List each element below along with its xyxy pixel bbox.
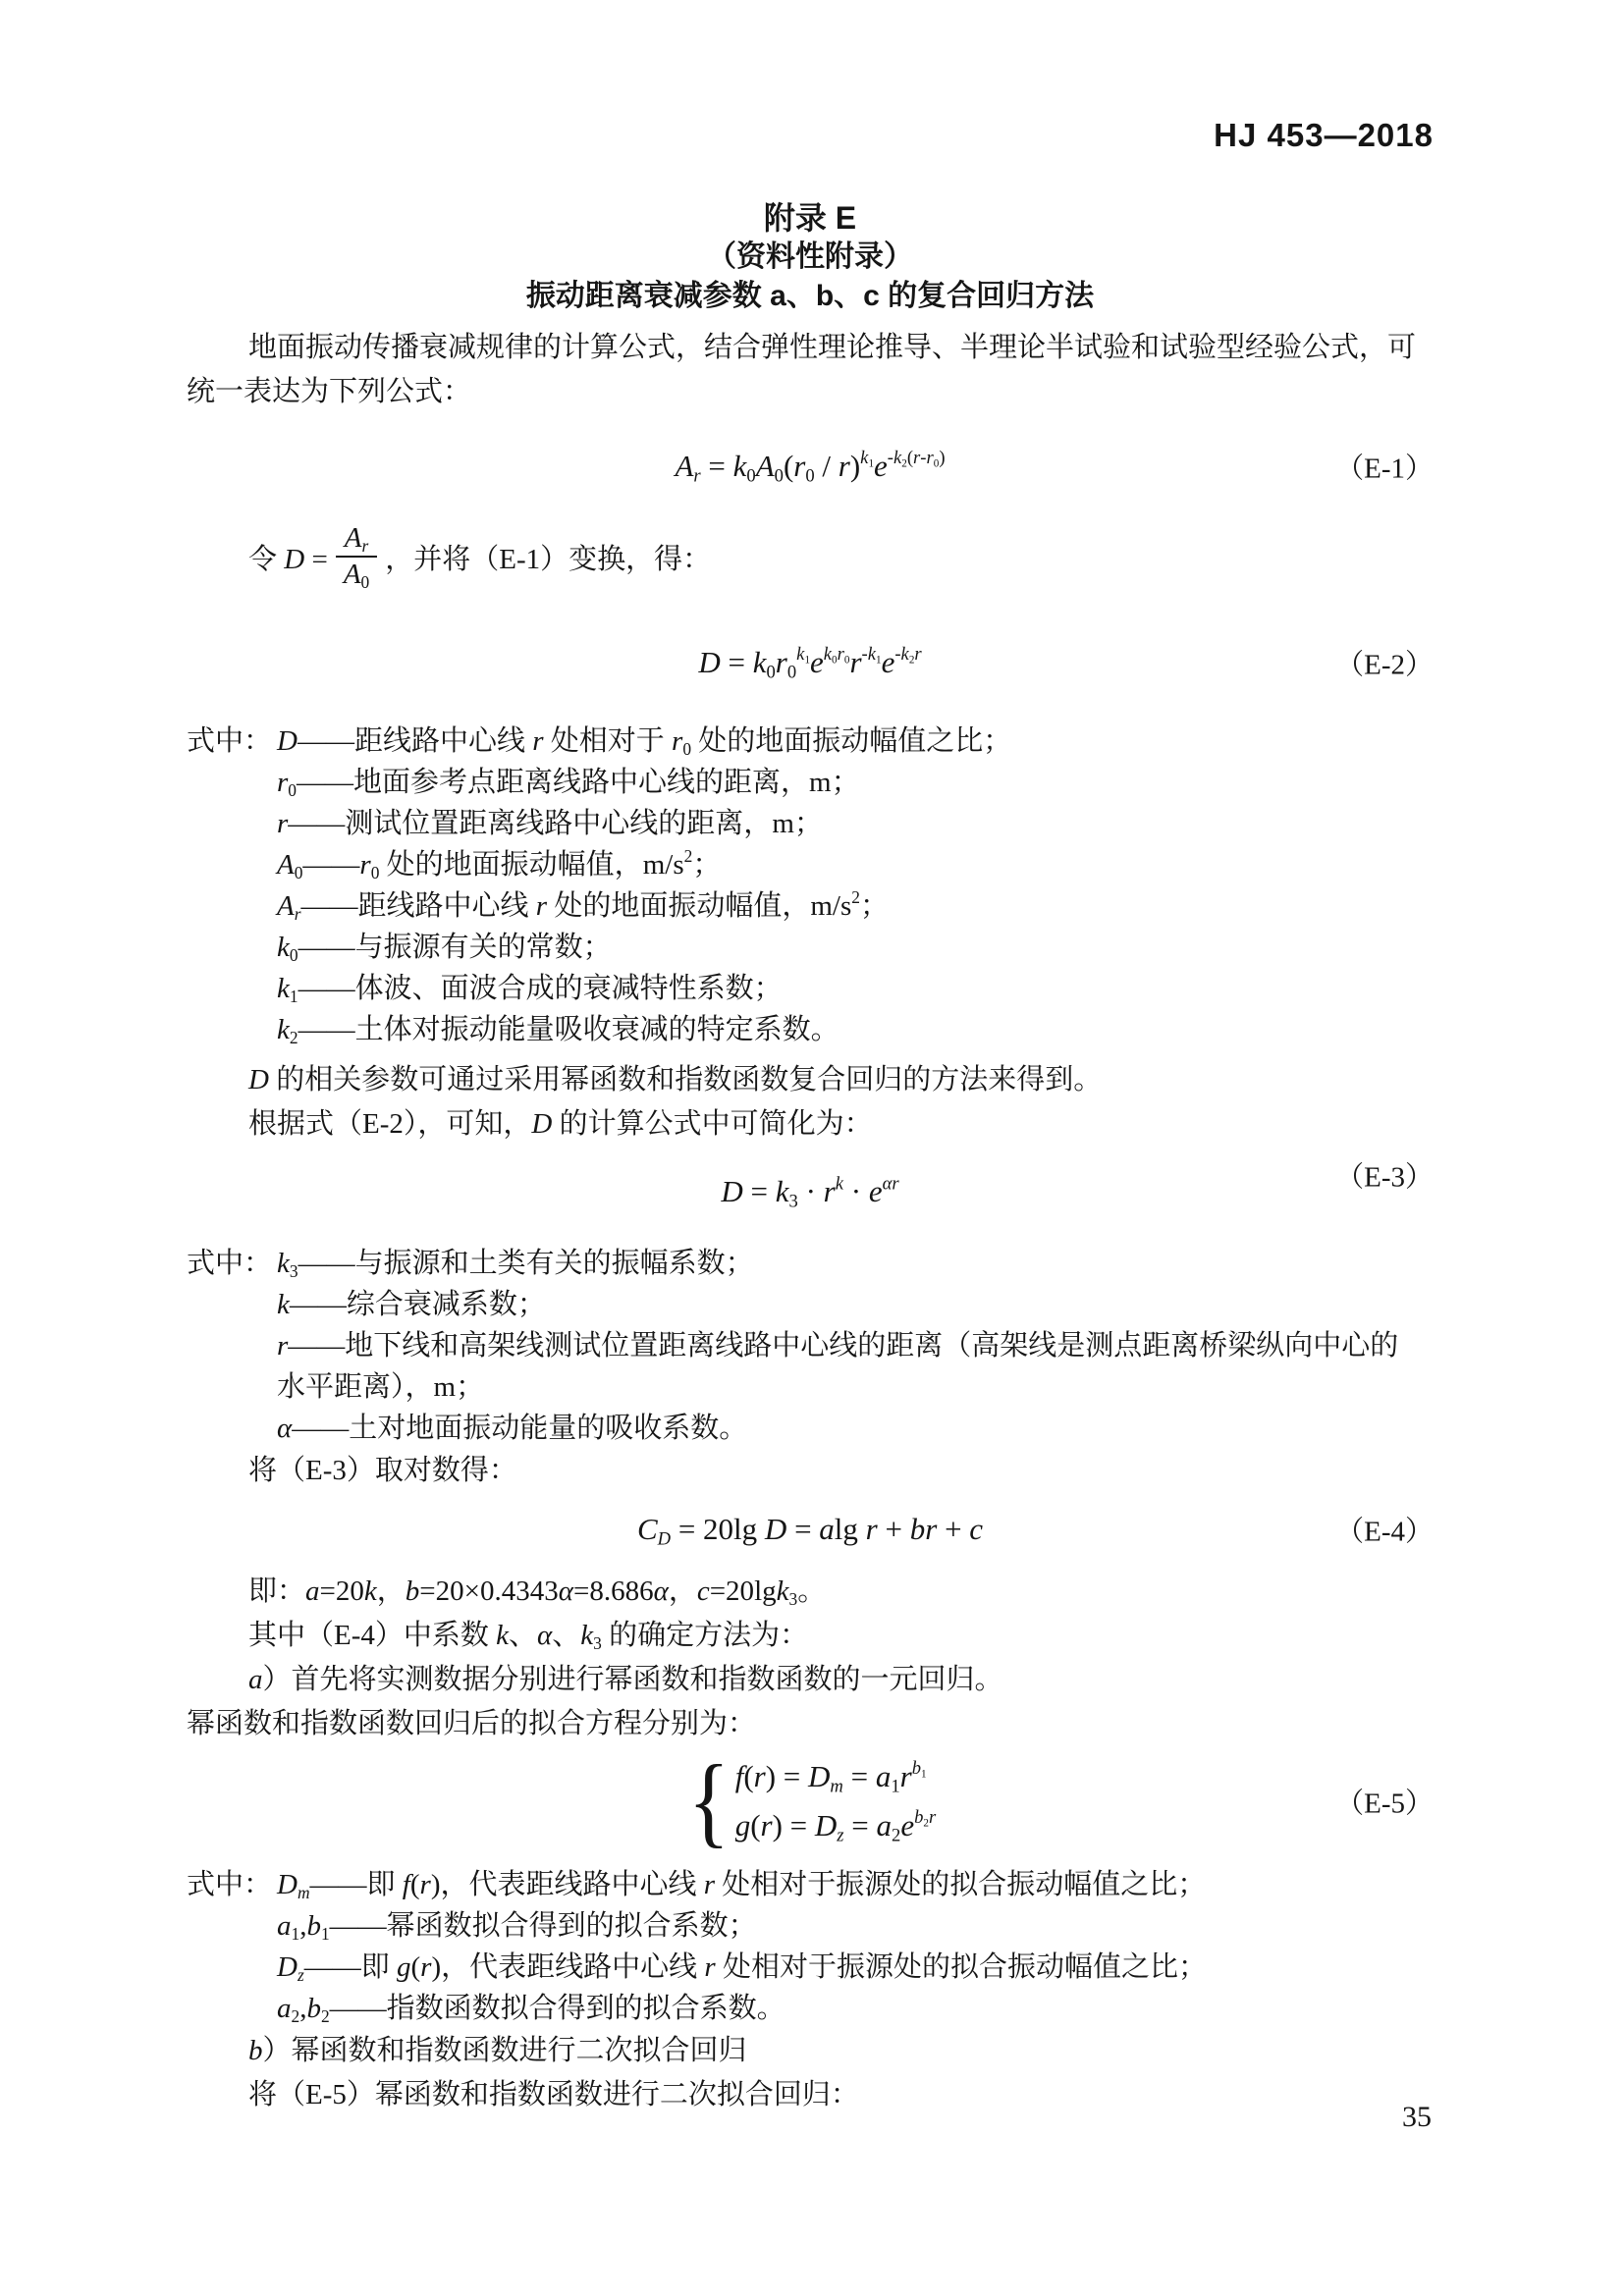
def-desc: 水平距离），m；: [277, 1371, 484, 1403]
paragraph-namely: 即：a=20k，b=20×0.4343α=8.686α，c=20lgk3。: [187, 1570, 1434, 1614]
def-prefix: 式中：: [187, 1243, 277, 1284]
formula-e5-line1: f(r) = Dm = a1rb1: [735, 1752, 937, 1801]
paragraph-coefficients: 其中（E-4）中系数 k、α、k3 的确定方法为：: [187, 1614, 1434, 1658]
definition-row: r0——地面参考点距离线路中心线的距离，m；: [277, 762, 1434, 803]
definition-row: r——测试位置距离线路中心线的距离，m；: [277, 803, 1434, 844]
def-desc: ——与振源和土类有关的振幅系数；: [298, 1248, 754, 1279]
standard-number: HJ 453—2018: [187, 116, 1434, 155]
definitions-block-e2: 式中：D——距线路中心线 r 处相对于 r0 处的地面振动幅值之比； r0——地…: [187, 721, 1434, 1050]
definition-row: k1——体波、面波合成的衰减特性系数；: [277, 968, 1434, 1009]
definition-row: Dz——即 g(r)，代表距线路中心线 r 处相对于振源处的拟合振动幅值之比；: [277, 1947, 1434, 1988]
def-desc: ——土体对振动能量吸收衰减的特定系数。: [298, 1014, 839, 1045]
def-term: a2,b2: [277, 1993, 330, 2024]
def-desc: ——测试位置距离线路中心线的距离，m；: [288, 808, 823, 839]
def-prefix: 式中：: [187, 721, 277, 762]
def-term: r0: [277, 767, 297, 798]
def-term: k1: [277, 973, 298, 1004]
definitions-block-e5: 式中：Dm——即 f(r)，代表距线路中心线 r 处相对于振源处的拟合振动幅值之…: [187, 1864, 1434, 2029]
definition-row: A0——r0 处的地面振动幅值，m/s2；: [277, 844, 1434, 885]
formula-e2-row: D = k0r0k1ek0r0r-k1e-k2r （E-2）: [187, 628, 1434, 697]
transform-post-text: ，并将（E-1）变换，得：: [385, 537, 711, 577]
equation-system: { f(r) = Dm = a1rb1 g(r) = Dz = a2eb2r: [684, 1752, 936, 1850]
fraction-denominator: A0: [336, 556, 377, 592]
paragraph-step-b: b）幂函数和指数函数进行二次拟合回归: [187, 2029, 1434, 2073]
definition-row: r——地下线和高架线测试位置距离线路中心线的距离（高架线是测点距离桥梁纵向中心的: [277, 1325, 1434, 1366]
definition-row: k2——土体对振动能量吸收衰减的特定系数。: [277, 1009, 1434, 1050]
def-prefix: 式中：: [187, 1864, 277, 1905]
formula-e4-label: （E-4）: [1335, 1510, 1434, 1550]
formula-e1-expression: Ar = k0A0(r0 / r)k1e-k2(r-r0): [675, 449, 945, 484]
def-desc: ——即 f(r)，代表距线路中心线 r 处相对于振源处的拟合振动幅值之比；: [310, 1869, 1207, 1900]
def-desc: ——距线路中心线 r 处的地面振动幅值，m/s2；: [301, 890, 889, 922]
formula-e4-expression: CD = 20lg D = alg r + br + c: [637, 1512, 983, 1547]
formula-e4-row: CD = 20lg D = alg r + br + c （E-4）: [187, 1495, 1434, 1564]
page-number: 35: [1402, 2101, 1432, 2134]
equation-system-lines: f(r) = Dm = a1rb1 g(r) = Dz = a2eb2r: [735, 1752, 937, 1850]
paragraph-according-to-e2: 根据式（E-2），可知，D 的计算公式中可简化为：: [187, 1102, 1434, 1147]
paragraph-final: 将（E-5）幂函数和指数函数进行二次拟合回归：: [187, 2073, 1434, 2117]
def-term: k: [277, 1289, 290, 1320]
def-desc: ——即 g(r)，代表距线路中心线 r 处相对于振源处的拟合振动幅值之比；: [304, 1951, 1207, 1983]
definition-continuation: 水平距离），m；: [277, 1366, 1434, 1408]
def-term: A0: [277, 849, 302, 881]
definition-row: α——土对地面振动能量的吸收系数。: [277, 1408, 1434, 1449]
definition-row: a2,b2——指数函数拟合得到的拟合系数。: [277, 1988, 1434, 2029]
transform-pre-text: 令 D =: [248, 537, 328, 577]
formula-e2-label: （E-2）: [1335, 643, 1434, 683]
formula-e3-row: D = k3 · rk · eαr （E-3）: [187, 1156, 1434, 1227]
def-desc: ——幂函数拟合得到的拟合系数；: [330, 1910, 757, 1942]
transform-line: 令 D = Ar A0 ，并将（E-1）变换，得：: [187, 514, 1434, 599]
def-desc: ——指数函数拟合得到的拟合系数。: [330, 1993, 785, 2024]
paragraph-d-parameters: D 的相关参数可通过采用幂函数和指数函数复合回归的方法来得到。: [187, 1058, 1434, 1102]
fraction-ar-over-a0: Ar A0: [336, 521, 377, 592]
intro-paragraph: 地面振动传播衰减规律的计算公式，结合弹性理论推导、半理论半试验和试验型经验公式，…: [187, 326, 1434, 414]
def-term: Dz: [277, 1951, 304, 1983]
definitions-block-e3: 式中：k3——与振源和土类有关的振幅系数； k——综合衰减系数； r——地下线和…: [187, 1243, 1434, 1449]
def-term: r: [277, 1330, 288, 1362]
def-desc: ——距线路中心线 r 处相对于 r0 处的地面振动幅值之比；: [298, 725, 1011, 757]
appendix-heading: 附录 E: [187, 198, 1434, 238]
def-term: k2: [277, 1014, 298, 1045]
def-term: a1,b1: [277, 1910, 330, 1942]
left-brace-glyph: {: [688, 1754, 730, 1848]
document-page: HJ 453—2018 附录 E （资料性附录） 振动距离衰减参数 a、b、c …: [0, 0, 1624, 2296]
paragraph-fit-equations: 幂函数和指数函数回归后的拟合方程分别为：: [187, 1702, 1434, 1746]
def-desc: ——r0 处的地面振动幅值，m/s2；: [302, 849, 721, 881]
def-term: r: [277, 808, 288, 839]
definition-row: a1,b1——幂函数拟合得到的拟合系数；: [277, 1905, 1434, 1947]
def-term: α: [277, 1413, 292, 1444]
formula-e3-expression: D = k3 · rk · eαr: [721, 1174, 898, 1209]
def-term: Dm: [277, 1869, 310, 1900]
def-desc: ——综合衰减系数；: [290, 1289, 546, 1320]
def-desc: ——体波、面波合成的衰减特性系数；: [298, 973, 783, 1004]
def-term: D: [277, 725, 298, 757]
formula-e5-line2: g(r) = Dz = a2eb2r: [735, 1801, 937, 1850]
def-term: k0: [277, 932, 298, 963]
def-term: k3: [277, 1248, 298, 1279]
definition-row: 式中：k3——与振源和土类有关的振幅系数；: [187, 1243, 1434, 1284]
appendix-type-heading: （资料性附录）: [187, 238, 1434, 277]
paragraph-step-a: a）首先将实测数据分别进行幂函数和指数函数的一元回归。: [187, 1658, 1434, 1702]
def-term: Ar: [277, 890, 301, 922]
definition-row: Ar——距线路中心线 r 处的地面振动幅值，m/s2；: [277, 885, 1434, 927]
definition-row: 式中：D——距线路中心线 r 处相对于 r0 处的地面振动幅值之比；: [187, 721, 1434, 762]
formula-e5-label: （E-5）: [1335, 1782, 1434, 1822]
definition-row: k——综合衰减系数；: [277, 1284, 1434, 1325]
formula-e2-expression: D = k0r0k1ek0r0r-k1e-k2r: [698, 645, 921, 680]
def-desc: ——地下线和高架线测试位置距离线路中心线的距离（高架线是测点距离桥梁纵向中心的: [288, 1330, 1398, 1362]
formula-e3-label: （E-3）: [1335, 1154, 1434, 1195]
fraction-numerator: Ar: [337, 521, 377, 556]
paragraph-take-log: 将（E-3）取对数得：: [187, 1449, 1434, 1493]
def-desc: ——地面参考点距离线路中心线的距离，m；: [297, 767, 860, 798]
def-desc: ——土对地面振动能量的吸收系数。: [292, 1413, 747, 1444]
formula-e1-row: Ar = k0A0(r0 / r)k1e-k2(r-r0) （E-1）: [187, 432, 1434, 501]
appendix-title: 振动距离衰减参数 a、b、c 的复合回归方法: [187, 277, 1434, 316]
definition-row: k0——与振源有关的常数；: [277, 927, 1434, 968]
formula-e5-row: { f(r) = Dm = a1rb1 g(r) = Dz = a2eb2r （…: [187, 1750, 1434, 1852]
formula-e1-label: （E-1）: [1335, 447, 1434, 487]
definition-row: 式中：Dm——即 f(r)，代表距线路中心线 r 处相对于振源处的拟合振动幅值之…: [187, 1864, 1434, 1905]
def-desc: ——与振源有关的常数；: [298, 932, 612, 963]
